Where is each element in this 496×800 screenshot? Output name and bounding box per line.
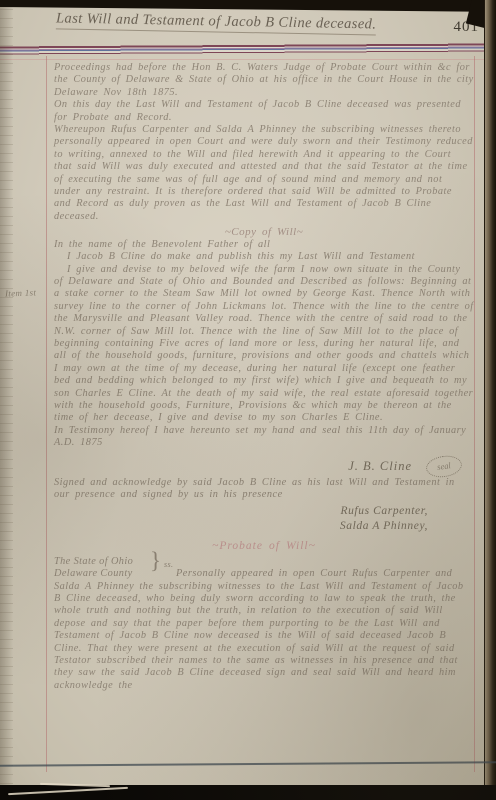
- witness-signature-2: Salda A Phinney,: [54, 519, 428, 534]
- venue-brace: }: [150, 555, 161, 567]
- probate-of-will-heading: ~Probate of Will~: [54, 540, 474, 552]
- testator-signature-row: J. B. Cline seal: [54, 456, 474, 477]
- page-bottom-rule: [0, 761, 496, 766]
- testimony-clause: In Testimony hereof I have hereunto set …: [54, 425, 474, 450]
- witness-signatures: Rufus Carpenter, Salda A Phinney,: [54, 504, 474, 534]
- presentation-paragraph: On this day the Last Will and Testament …: [54, 99, 474, 124]
- right-margin-rule: [474, 56, 475, 772]
- seal-stamp: seal: [425, 453, 464, 479]
- manuscript-body: Proceedings had before the Hon B. C. Wat…: [54, 62, 474, 692]
- copy-of-will-heading: ~Copy of Will~: [54, 226, 474, 238]
- testator-signature: J. B. Cline: [348, 459, 412, 474]
- item-1-bequest-paragraph: I give and devise to my beloved wife the…: [54, 264, 474, 425]
- probate-attestation-section: The State of Ohio Delaware County } ss. …: [54, 556, 474, 692]
- venue-caption: The State of Ohio Delaware County } ss.: [54, 556, 184, 581]
- invocation-line: In the name of the Benevolent Father of …: [54, 239, 474, 251]
- page-title: Last Will and Testament of Jacob B Cline…: [56, 10, 434, 34]
- attestation-clause: Signed and acknowledge by said Jacob B C…: [54, 477, 474, 502]
- witness-signature-1: Rufus Carpenter,: [54, 504, 428, 519]
- header-pink-rule: [0, 59, 487, 60]
- probate-order-paragraph: Whereupon Rufus Carpenter and Salda A Ph…: [54, 124, 474, 223]
- proceedings-paragraph: Proceedings had before the Hon B. C. Wat…: [54, 62, 474, 99]
- venue-ss-abbreviation: ss.: [164, 559, 173, 571]
- ledger-photo: Last Will and Testament of Jacob B Cline…: [0, 0, 496, 800]
- bottom-table-shadow: [0, 785, 496, 800]
- underlying-pages-edge: [0, 0, 13, 800]
- header-rule-band: [0, 43, 487, 57]
- left-margin-rule: [46, 56, 47, 772]
- right-page-stack-edge: [484, 0, 496, 800]
- testator-declaration: I Jacob B Cline do make and publish this…: [54, 251, 474, 263]
